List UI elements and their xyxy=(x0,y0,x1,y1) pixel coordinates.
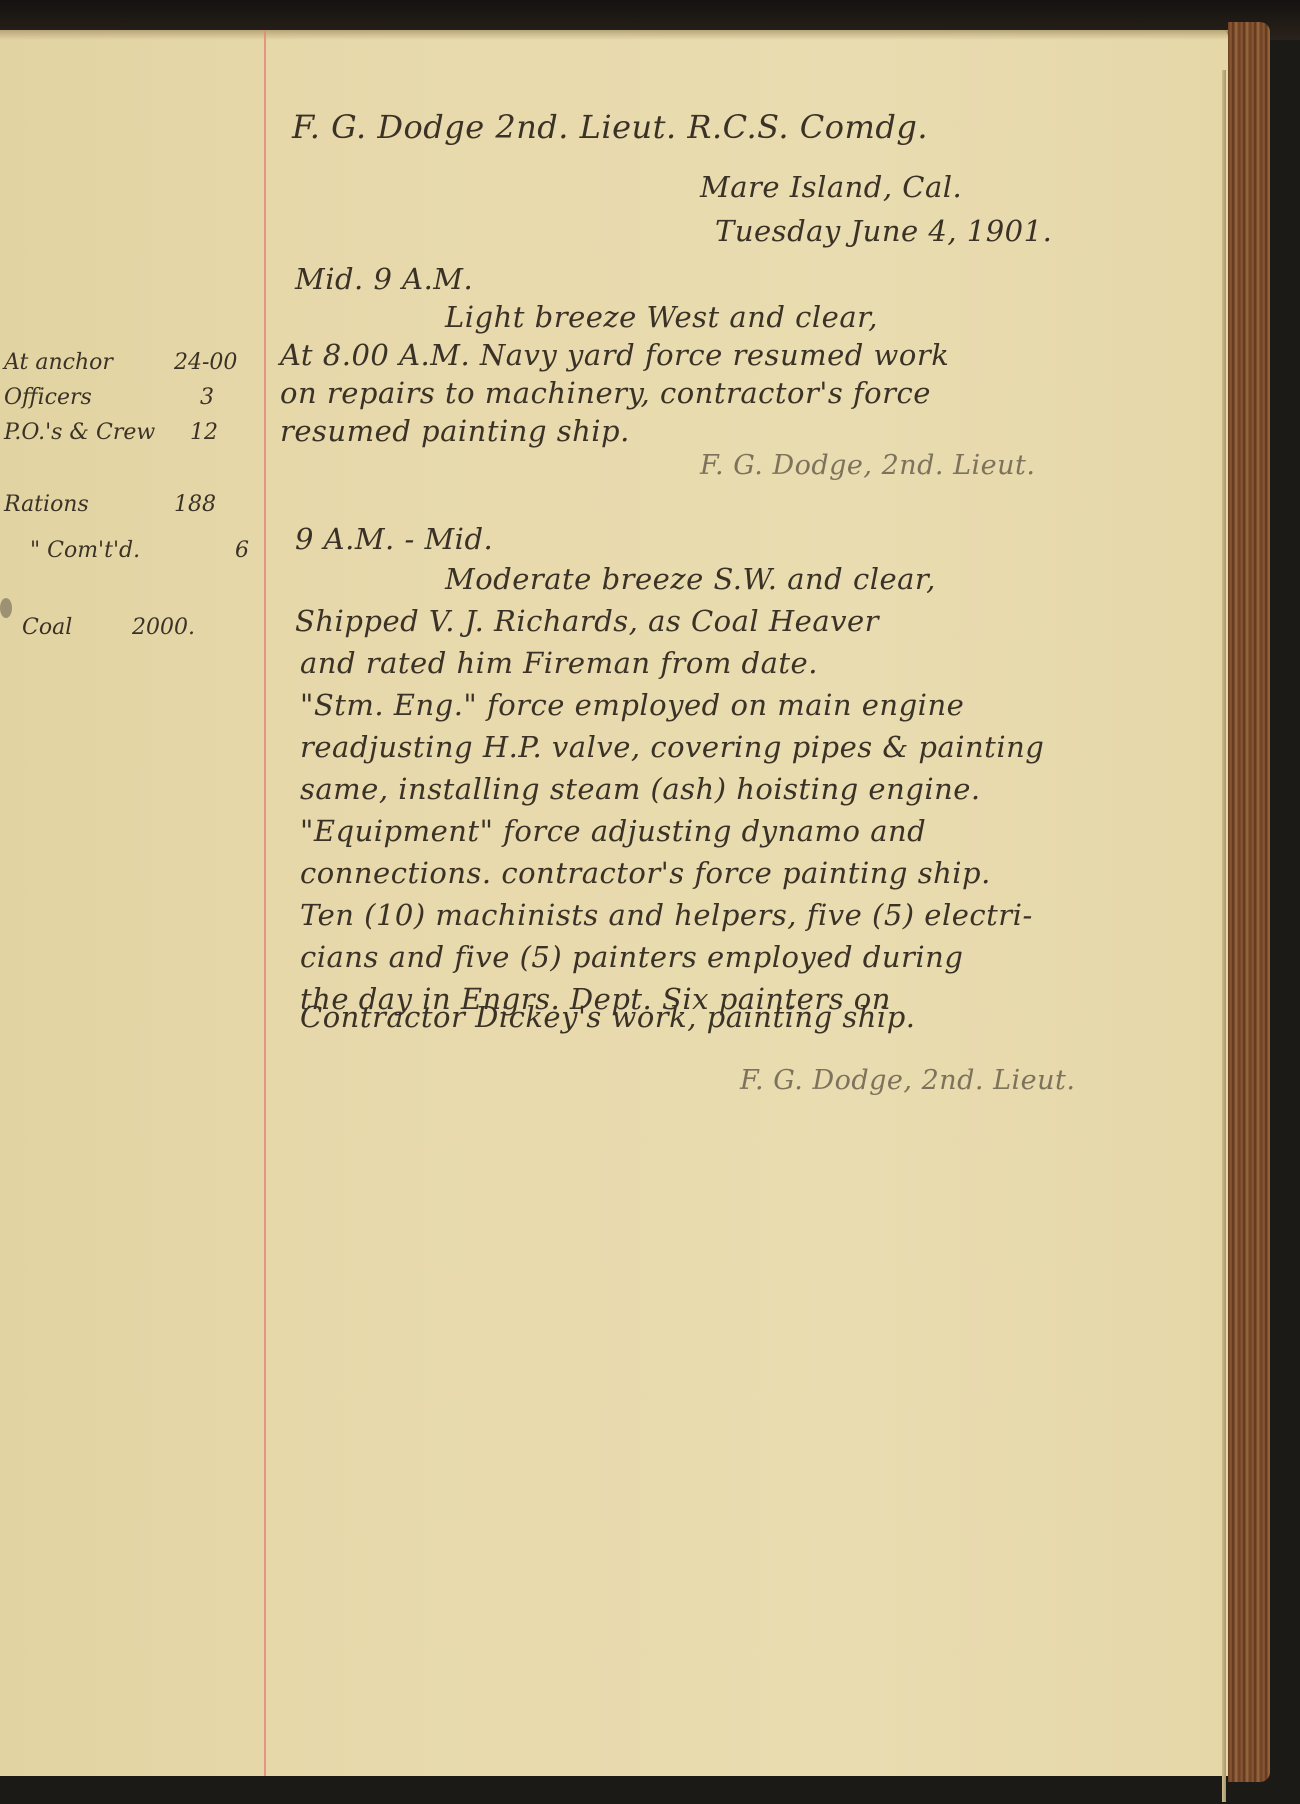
entry-watch: Mid. 9 A.M. xyxy=(295,262,473,296)
entry-line: same, installing steam (ash) hoisting en… xyxy=(300,772,981,806)
entry-signature: F. G. Dodge, 2nd. Lieut. xyxy=(700,450,1035,481)
location: Mare Island, Cal. xyxy=(700,170,962,204)
margin-value: 12 xyxy=(190,420,218,445)
margin-label: At anchor xyxy=(4,350,113,375)
entry-line: "Stm. Eng." force employed on main engin… xyxy=(300,688,964,722)
book-fore-edge xyxy=(1228,22,1270,1782)
entry-line: Moderate breeze S.W. and clear, xyxy=(445,562,936,596)
entry-line: and rated him Fireman from date. xyxy=(300,646,818,680)
entry-watch: 9 A.M. - Mid. xyxy=(295,522,493,556)
margin-label: " Com't'd. xyxy=(30,538,140,563)
officer-heading: F. G. Dodge 2nd. Lieut. R.C.S. Comdg. xyxy=(292,108,928,146)
entry-line: Ten (10) machinists and helpers, five (5… xyxy=(300,898,1033,932)
entry-line: "Equipment" force adjusting dynamo and xyxy=(300,814,926,848)
margin-item-rations: Rations 188 xyxy=(4,492,89,517)
entry-line: connections. contractor's force painting… xyxy=(300,856,991,890)
entry-line: readjusting H.P. valve, covering pipes &… xyxy=(300,730,1044,764)
entry-line: resumed painting ship. xyxy=(280,414,630,448)
ink-stain xyxy=(0,598,12,618)
entry-line: Contractor Dickey's work, painting ship. xyxy=(300,1000,916,1034)
margin-label: Rations xyxy=(4,492,89,517)
log-date: Tuesday June 4, 1901. xyxy=(715,214,1052,248)
margin-item-coal: Coal 2000. xyxy=(22,615,72,640)
margin-value: 2000. xyxy=(132,615,195,640)
entry-line: Light breeze West and clear, xyxy=(445,300,878,334)
margin-value: 3 xyxy=(200,385,214,410)
entry-signature: F. G. Dodge, 2nd. Lieut. xyxy=(740,1065,1075,1096)
margin-label: P.O.'s & Crew xyxy=(4,420,155,445)
margin-label: Officers xyxy=(4,385,92,410)
page-edge xyxy=(1222,70,1226,1802)
entry-line: cians and five (5) painters employed dur… xyxy=(300,940,963,974)
red-margin-rule xyxy=(264,30,266,1776)
margin-value: 6 xyxy=(235,538,249,563)
margin-item-officers: Officers 3 xyxy=(4,385,92,410)
margin-value: 24-00 xyxy=(174,350,237,375)
margin-label: Coal xyxy=(22,615,72,640)
margin-item-at-anchor: At anchor 24-00 xyxy=(4,350,113,375)
margin-item-commuted: " Com't'd. 6 xyxy=(30,538,140,563)
margin-item-crew: P.O.'s & Crew 12 xyxy=(4,420,155,445)
margin-value: 188 xyxy=(174,492,216,517)
entry-line: At 8.00 A.M. Navy yard force resumed wor… xyxy=(280,338,949,372)
entry-line: Shipped V. J. Richards, as Coal Heaver xyxy=(295,604,879,638)
entry-line: on repairs to machinery, contractor's fo… xyxy=(280,376,931,410)
